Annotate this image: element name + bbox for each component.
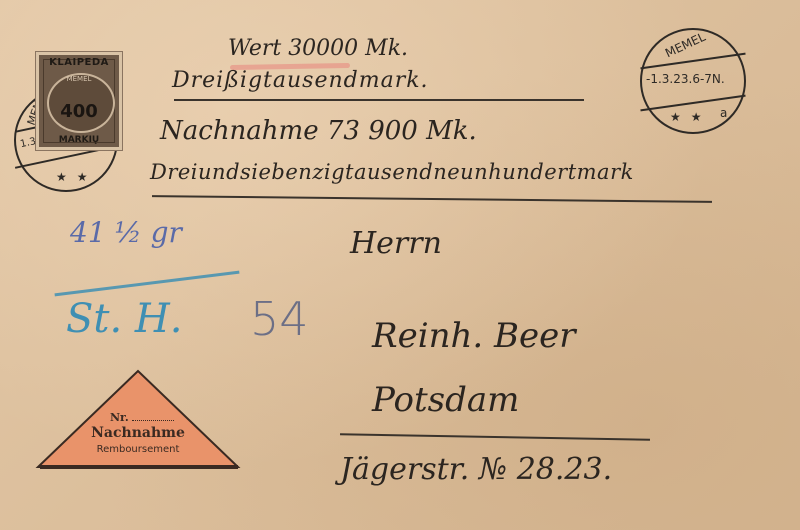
blue-crayon-mark: St. H. <box>66 296 183 342</box>
cod-label-nr: Nr. <box>110 411 129 424</box>
cod-label-nr-field <box>132 420 174 421</box>
postmark-left-stars: ★★ <box>56 170 98 184</box>
postmark-right-date: -1.3.23.6-7N. <box>646 72 725 86</box>
declared-value: Wert 30000 Mk. <box>228 36 408 61</box>
cod-amount: Nachnahme 73 900 Mk. <box>160 116 477 146</box>
postage-stamp: KLAIPEDA MEMEL 400 MARKIŲ <box>36 52 122 150</box>
cod-amount-words: Dreiundsiebenzigtausendneunhundertmark <box>150 160 634 184</box>
recipient-city: Potsdam <box>372 380 519 420</box>
blue-crayon-line <box>55 271 240 297</box>
pencil-number: 54 <box>250 292 309 346</box>
salutation: Herrn <box>350 226 442 261</box>
cod-label-title: Nachnahme <box>34 425 242 441</box>
envelope: MEMEL 1.3.23 ★★ KLAIPEDA MEMEL 400 MARKI… <box>0 0 800 530</box>
stamp-inscription: MEMEL <box>39 75 119 83</box>
underline-cod <box>152 195 712 203</box>
recipient-street: Jägerstr. № 28.23. <box>340 452 612 487</box>
underline-value <box>174 99 584 101</box>
postmark-right-code: a <box>720 106 727 120</box>
stamp-value: 400 <box>39 101 119 122</box>
underline-city <box>340 433 650 440</box>
recipient-name: Reinh. Beer <box>372 316 576 356</box>
stamp-currency: MARKIŲ <box>39 135 119 145</box>
postmark-right-stars: ★★ <box>670 110 712 124</box>
postmark-right-town: MEMEL <box>663 30 707 61</box>
cod-label-subtitle: Remboursement <box>34 444 242 455</box>
cod-label: Nr. Nachnahme Remboursement <box>34 367 242 472</box>
declared-value-words: Dreißigtausendmark. <box>172 68 429 93</box>
weight-note: 41 ½ gr <box>70 216 182 249</box>
stamp-overprint: KLAIPEDA <box>39 57 119 68</box>
postmark-right: MEMEL -1.3.23.6-7N. a ★★ <box>640 28 746 134</box>
